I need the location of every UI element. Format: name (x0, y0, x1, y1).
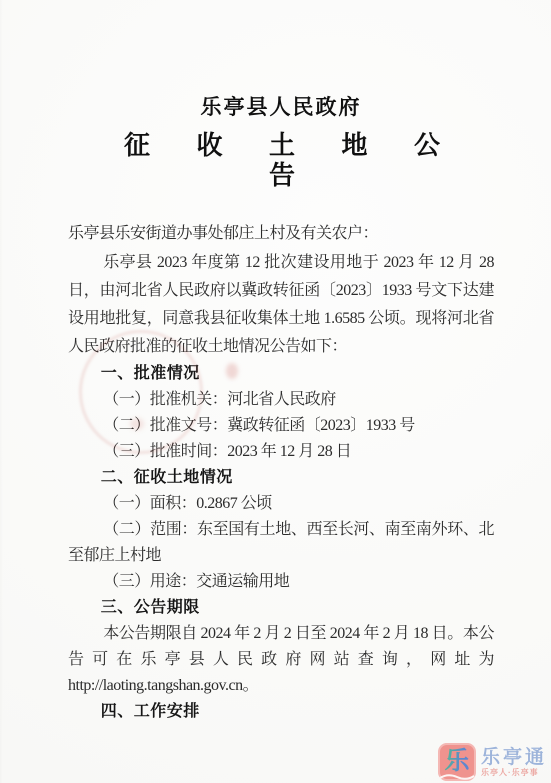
issuing-authority-title: 乐亭县人民政府 (68, 94, 494, 120)
section-2-item-boundaries: （二）范围：东至国有土地、西至长河、南至南外环、北至郁庄上村地 (68, 517, 494, 569)
section-2-heading: 二、征收土地情况 (68, 465, 494, 491)
section-1-heading: 一、批准情况 (68, 361, 494, 387)
document-title: 征 收 土 地 公 告 (68, 131, 494, 191)
salutation-line: 乐亭县乐安街道办事处郁庄上村及有关农户： (68, 220, 494, 247)
app-logo-icon: 乐 (438, 743, 476, 781)
app-name-label: 乐亭通 (481, 748, 547, 767)
wave-icon (438, 769, 476, 781)
section-1-item-approval-date: （三）批准时间：2023 年 12 月 28 日 (68, 439, 494, 465)
app-watermark: 乐 乐亭通 乐亭人·乐亭事 (438, 743, 547, 781)
section-3-heading: 三、公告期限 (68, 595, 494, 621)
intro-paragraph: 乐亭县 2023 年度第 12 批次建设用地于 2023 年 12 月 28 日… (68, 249, 494, 361)
section-1-item-approval-number: （二）批准文号：冀政转征函〔2023〕1933 号 (68, 413, 494, 439)
section-2-item-land-use: （三）用途：交通运输用地 (68, 569, 494, 595)
section-3-notice-period-paragraph: 本公告期限自 2024 年 2 月 2 日至 2024 年 2 月 18 日。本… (68, 621, 494, 699)
app-tagline-label: 乐亭人·乐亭事 (481, 769, 547, 777)
scanned-document-page: 乐亭县人民政府 征 收 土 地 公 告 乐亭县乐安街道办事处郁庄上村及有关农户：… (0, 0, 551, 783)
section-1-item-approving-authority: （一）批准机关：河北省人民政府 (68, 387, 494, 413)
app-watermark-text: 乐亭通 乐亭人·乐亭事 (481, 748, 547, 777)
section-2-item-area: （一）面积：0.2867 公顷 (68, 491, 494, 517)
section-4-heading: 四、工作安排 (68, 699, 494, 725)
